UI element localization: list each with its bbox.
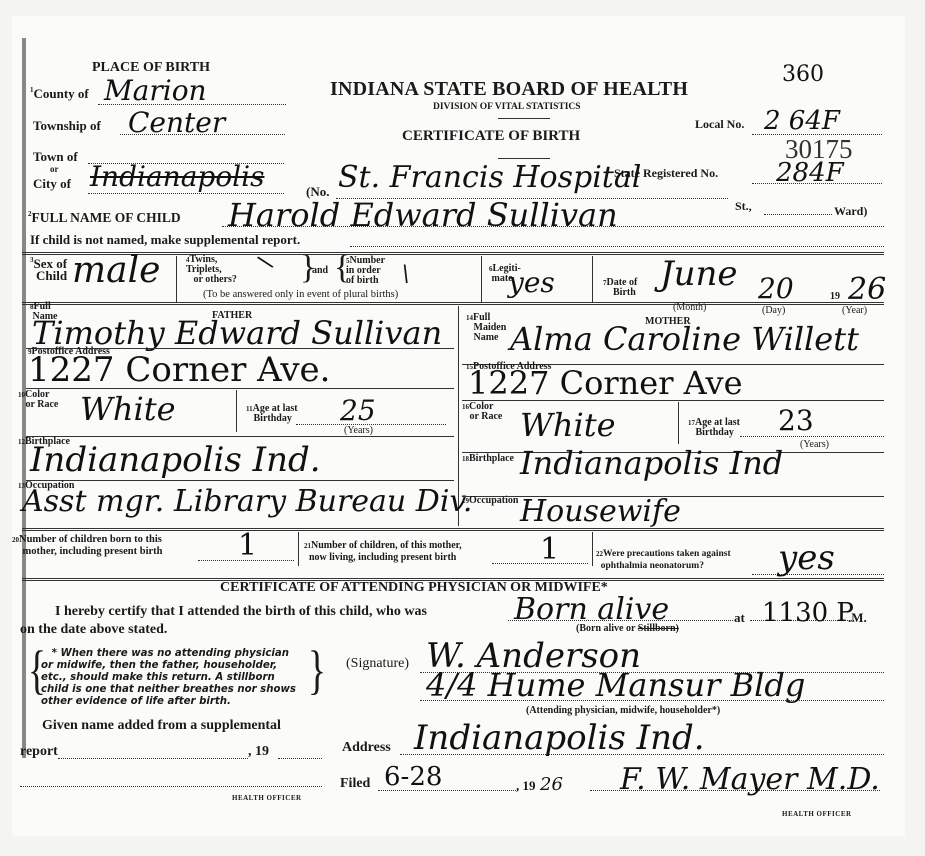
county-value: Marion: [104, 74, 207, 107]
not-named-note: If child is not named, make supplemental…: [30, 232, 300, 248]
mother-name-label: 14Full Maiden Name: [466, 313, 506, 343]
sex-value: male: [72, 250, 160, 291]
order-value: \: [402, 262, 409, 287]
year-caption: (Year): [842, 306, 867, 316]
order-label: 5Numberin orderof birth: [346, 256, 385, 286]
report-year-line: [278, 758, 322, 759]
mother-occupation-value: Housewife: [520, 494, 681, 529]
county-label: 1County of: [30, 86, 89, 102]
father-occupation-value: Asst mgr. Library Bureau Div.: [22, 484, 472, 519]
precautions-value: yes: [778, 538, 835, 578]
mother-age-value: 23: [778, 404, 814, 437]
father-color-value: White: [80, 390, 176, 428]
signature-label: (Signature): [346, 656, 409, 672]
born-value: Born alive: [514, 592, 669, 627]
health-officer-value: F. W. Mayer M.D.: [620, 762, 880, 797]
supplemental-officer-line: [20, 786, 322, 787]
mother-address-value: 1227 Corner Ave: [468, 364, 743, 402]
m-label: .M.: [848, 610, 867, 626]
dob-month: June: [660, 254, 738, 294]
filed-label: Filed: [340, 776, 370, 792]
dob-year-prefix: 19: [830, 292, 840, 302]
divider-children-living: [298, 532, 299, 566]
divider-sex: [176, 256, 177, 302]
divider-mother-age: [678, 402, 679, 444]
note-right-brace: }: [308, 643, 326, 697]
report-year-prefix: , 19: [248, 744, 269, 760]
children-living-value: 1: [540, 532, 559, 567]
certificate-title: CERTIFICATE OF BIRTH: [402, 128, 580, 145]
mother-birthplace-label: 18Birthplace: [462, 454, 514, 464]
father-years-caption: (Years): [344, 426, 373, 436]
supplemental-text: Given name added from a supplemental: [42, 718, 281, 734]
father-birthplace-value: Indianapolis Ind.: [30, 440, 321, 480]
certify-text-2: on the date above stated.: [20, 622, 167, 638]
signature-line2-value: 4/4 Hume Mansur Bldg: [426, 666, 805, 704]
certify-text-1: I hereby certify that I attended the bir…: [55, 604, 427, 620]
at-label: at: [734, 610, 745, 626]
mother-birthplace-value: Indianapolis Ind: [520, 444, 783, 482]
child-name-label: 2FULL NAME OF CHILD: [28, 210, 181, 226]
filed-year-prefix: , 19: [516, 778, 536, 794]
mother-name-value: Alma Caroline Willett: [510, 320, 859, 358]
children-born-value: 1: [238, 528, 257, 563]
division-title: DIVISION OF VITAL STATISTICS: [433, 102, 581, 112]
mother-age-label: 17Age at last Birthday: [688, 418, 740, 438]
title-divider-1: [498, 118, 550, 119]
divider-precautions: [592, 532, 593, 566]
mother-address-rule: [462, 400, 884, 401]
supplemental-officer-caption: HEALTH OFFICER: [232, 794, 302, 802]
father-birthplace-rule: [26, 480, 454, 481]
dob-label: 7Date of Birth: [603, 278, 637, 298]
board-title: INDIANA STATE BOARD OF HEALTH: [330, 78, 688, 101]
and-label: and: [312, 266, 328, 276]
file-number: 360: [782, 62, 824, 87]
twins-label: 4Twins,Triplets, or others?: [186, 255, 237, 285]
precautions-label: 22Were precautions taken against ophthal…: [596, 548, 731, 572]
signature-caption: (Attending physician, midwife, household…: [526, 706, 720, 716]
township-label: Township of: [33, 118, 101, 134]
rule-parents: [22, 302, 884, 305]
local-no-value: 2 64F: [764, 106, 840, 136]
local-no-label: Local No.: [695, 117, 744, 132]
filed-year: 26: [540, 774, 563, 795]
day-caption: (Day): [762, 306, 785, 316]
children-born-label: 20Number of children born to this mother…: [12, 534, 163, 558]
plural-note: (To be answered only in event of plural …: [203, 290, 398, 300]
st-label: St.,: [735, 199, 752, 214]
divider-legit: [481, 256, 482, 302]
filed-value: 6-28: [384, 762, 442, 792]
father-age-label: 11Age at last Birthday: [246, 404, 298, 424]
title-divider-2: [498, 158, 550, 159]
father-address-value: 1227 Corner Ave.: [28, 350, 330, 390]
mother-occupation-label: 19Occupation: [462, 496, 518, 506]
mother-color-label: 16Color or Race: [462, 402, 502, 422]
divider-father-age: [236, 390, 237, 432]
address-value: Indianapolis Ind.: [414, 718, 705, 758]
time-value: 1130 P: [762, 598, 854, 628]
report-label: report: [20, 744, 58, 760]
father-address-rule: [26, 388, 454, 389]
children-living-label: 21Number of children, of this mother, no…: [304, 540, 462, 564]
child-name-value: Harold Edward Sullivan: [228, 196, 618, 234]
city-value: Indianapolis: [90, 160, 264, 193]
city-line: [88, 193, 284, 194]
or-label: or: [50, 164, 59, 174]
dob-day: 20: [758, 272, 794, 305]
city-label: City of: [33, 176, 71, 192]
mother-years-caption: (Years): [800, 440, 829, 450]
father-age-value: 25: [340, 394, 376, 427]
supplemental-line: [350, 246, 884, 247]
sex-label-2: Child: [36, 268, 67, 284]
divider-dob: [592, 256, 593, 302]
ward-label: Ward): [834, 204, 867, 219]
mother-color-value: White: [520, 406, 616, 444]
address-label: Address: [342, 740, 391, 756]
rule-children: [22, 528, 884, 531]
state-registered-value: 284F: [776, 158, 844, 188]
legit-value: yes: [508, 266, 555, 299]
stillborn-note: * When there was no attending physician …: [41, 648, 296, 708]
health-officer-caption: HEALTH OFFICER: [782, 810, 852, 818]
street-value: St. Francis Hospital: [338, 160, 641, 195]
born-caption: (Born alive or Stillborn): [576, 624, 679, 634]
father-color-rule: [26, 436, 454, 437]
father-color-label: 10Color or Race: [18, 390, 58, 410]
town-label: Town of: [33, 149, 78, 165]
township-value: Center: [128, 106, 225, 139]
report-line: [58, 758, 248, 759]
ward-line: [764, 214, 832, 215]
